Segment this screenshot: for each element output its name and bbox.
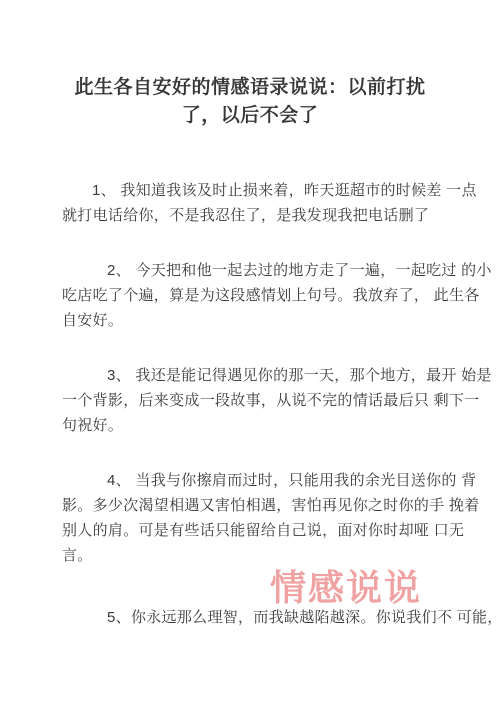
title-line-2: 了，以后不会了 [40, 102, 460, 130]
text-line: 一个背影，后来变成一段故事，从说不完的情话最后只 剩下一 [62, 388, 444, 413]
text-line: 2、 今天把和他一起去过的地方走了一遍，一起吃过 的小 [62, 258, 444, 283]
document-page: 此生各自安好的情感语录说说：以前打扰 了，以后不会了 1、 我知道我该及时止损来… [0, 0, 500, 708]
document-body: 1、 我知道我该及时止损来着，昨天逛超市的时候差 一点 就打电话给你，不是我忍住… [62, 178, 444, 630]
paragraph-2: 2、 今天把和他一起去过的地方走了一遍，一起吃过 的小 吃店吃了个遍，算是为这段… [62, 258, 444, 333]
text-line: 别人的肩。可是有些话只能留给自己说，面对你时却哑 口无 [62, 518, 444, 543]
text-line: 自安好。 [62, 308, 444, 333]
paragraph-5: 5、你永远那么理智，而我缺越陷越深。你说我们不 可能， [62, 605, 444, 630]
text-line: 吃店吃了个遍，算是为这段感情划上句号。我放弃了， 此生各 [62, 283, 444, 308]
paragraph-3: 3、 我还是能记得遇见你的那一天，那个地方，最开 始是 一个背影，后来变成一段故… [62, 363, 444, 438]
title-line-1: 此生各自安好的情感语录说说：以前打扰 [40, 74, 460, 102]
text-line: 就打电话给你，不是我忍住了，是我发现我把电话删了 [62, 203, 444, 228]
paragraph-1: 1、 我知道我该及时止损来着，昨天逛超市的时候差 一点 就打电话给你，不是我忍住… [62, 178, 444, 228]
text-line: 影。多少次渴望相遇又害怕相遇，害怕再见你之时你的手 挽着 [62, 493, 444, 518]
text-line: 句祝好。 [62, 413, 444, 438]
text-line: 1、 我知道我该及时止损来着，昨天逛超市的时候差 一点 [62, 178, 444, 203]
text-line: 言。 [62, 543, 444, 568]
document-title: 此生各自安好的情感语录说说：以前打扰 了，以后不会了 [40, 74, 460, 130]
paragraph-4: 4、 当我与你擦肩而过时，只能用我的余光目送你的 背 影。多少次渴望相遇又害怕相… [62, 468, 444, 568]
text-line: 3、 我还是能记得遇见你的那一天，那个地方，最开 始是 [62, 363, 444, 388]
text-line: 4、 当我与你擦肩而过时，只能用我的余光目送你的 背 [62, 468, 444, 493]
text-line: 5、你永远那么理智，而我缺越陷越深。你说我们不 可能， [62, 605, 444, 630]
